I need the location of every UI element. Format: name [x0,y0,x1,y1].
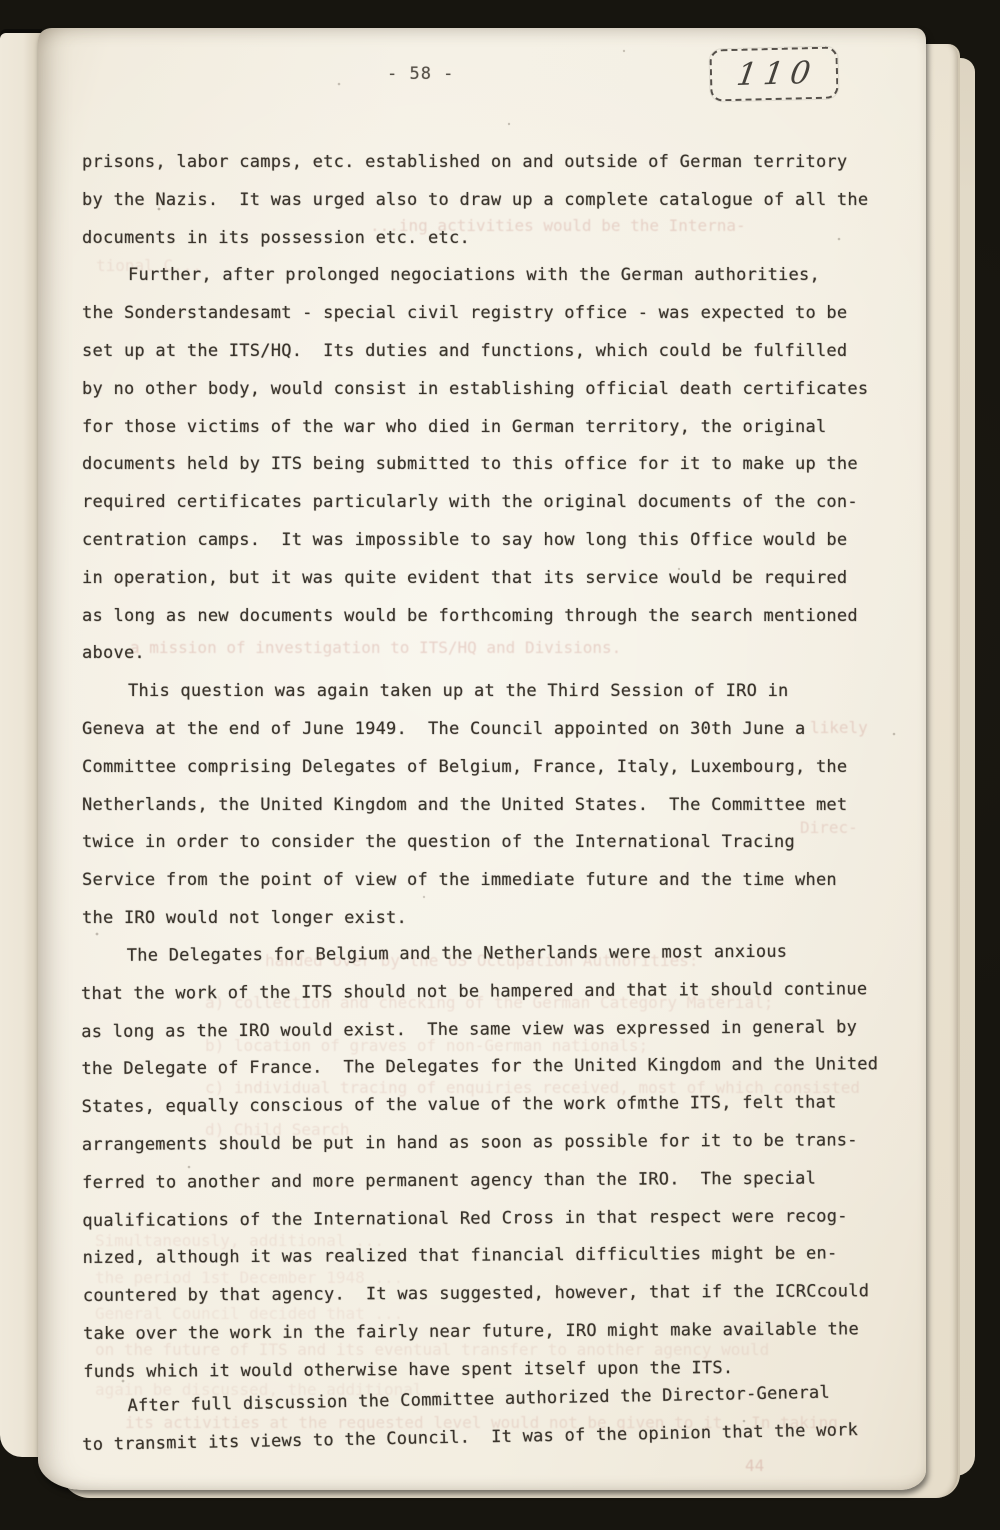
text-line: the Delegate of France. The Delegates fo… [81,1046,887,1089]
text-line: that the work of the ITS should not be h… [81,971,887,1014]
paragraph: The Delegates for Belgium and the Nether… [81,933,890,1391]
text-line: The Delegates for Belgium and the Nether… [81,933,887,976]
text-line: arrangements should be put in hand as so… [82,1122,888,1165]
text-line: ferred to another and more permanent age… [82,1160,888,1203]
facing-page-edge [0,33,42,1457]
text-line: centration camps. It was impossible to s… [82,522,888,560]
text-line: set up at the ITS/HQ. Its duties and fun… [82,333,888,371]
text-line: by the Nazis. It was urged also to draw … [82,182,888,220]
text-line: Geneva at the end of June 1949. The Coun… [82,711,888,749]
text-line: above. [82,635,888,673]
folio-stamp-box: 110 [709,46,838,101]
text-line: by no other body, would consist in estab… [82,371,888,409]
folio-stamp-number: 110 [728,55,820,93]
page-number: - 58 - [387,64,454,84]
text-line: countered by that agency. It was suggest… [83,1273,889,1316]
paper-speckles [38,28,40,30]
paragraph: Further, after prolonged negociations wi… [82,257,888,673]
text-line: twice in order to consider the question … [82,824,888,862]
paragraph: This question was again taken up at the … [82,673,888,938]
text-line: Further, after prolonged negociations wi… [82,257,888,295]
text-line: for those victims of the war who died in… [82,409,888,447]
text-line: the Sonderstandesamt - special civil reg… [82,295,888,333]
text-line: Committee comprising Delegates of Belgiu… [82,749,888,787]
text-line: documents in its possession etc. etc. [82,220,888,258]
page-header: - 58 - 110 [38,28,926,138]
text-line: as long as the IRO would exist. The same… [81,1008,887,1051]
document-page: - 58 - 110 ...ing activities would be th… [38,28,926,1490]
text-line: required certificates particularly with … [82,484,888,522]
text-line: This question was again taken up at the … [82,673,888,711]
text-line: in operation, but it was quite evident t… [82,560,888,598]
paragraph: After full discussion the Committee auth… [81,1374,888,1465]
typed-text-block: prisons, labor camps, etc. established o… [82,144,888,1467]
text-line: Netherlands, the United Kingdom and the … [82,787,888,825]
text-line: take over the work in the fairly near fu… [83,1311,889,1354]
text-line: States, equally conscious of the value o… [82,1084,888,1127]
paragraph: prisons, labor camps, etc. established o… [82,144,888,257]
text-line: nized, although it was realized that fin… [82,1235,888,1278]
text-line: qualifications of the International Red … [82,1197,888,1240]
text-line: documents held by ITS being submitted to… [82,446,888,484]
text-line: prisons, labor camps, etc. established o… [82,144,888,182]
text-line: as long as new documents would be forthc… [82,598,888,636]
text-line: the IRO would not longer exist. [82,900,888,938]
text-line: Service from the point of view of the im… [82,862,888,900]
